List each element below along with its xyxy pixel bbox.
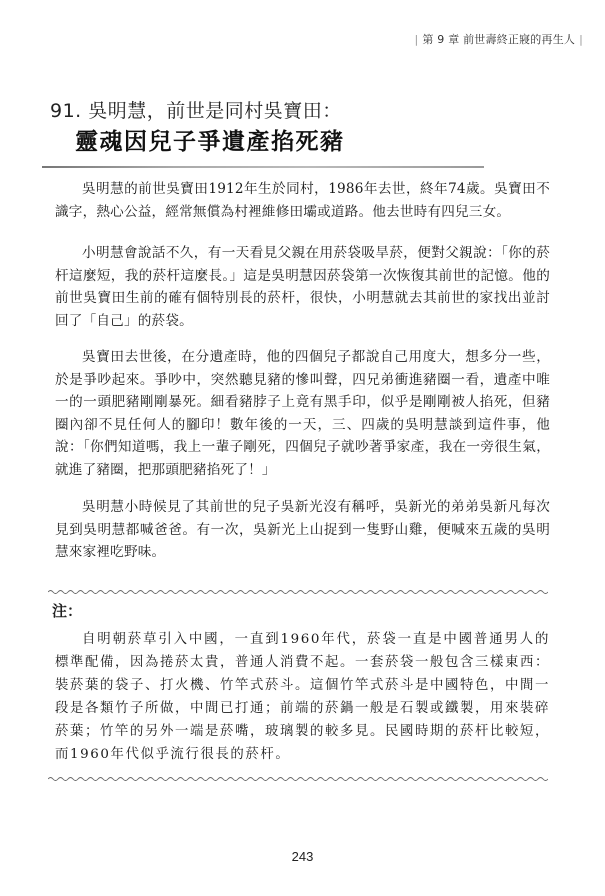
wavy-divider-bottom [48,776,548,782]
divider: | [415,33,419,46]
section-title: 91. 吳明慧，前世是同村吳寶田： 靈魂因兒子爭遺產掐死豬 [50,98,550,158]
paragraph: 吳明慧小時候見了其前世的兒子吳新光沒有稱呼，吳新光的弟弟吳新凡每次見到吳明慧都喊… [55,496,550,564]
section-title-line2: 靈魂因兒子爭遺產掐死豬 [75,126,550,158]
wavy-divider-top [48,589,548,595]
title-rule [42,166,484,168]
divider: | [579,33,583,46]
paragraph: 吳明慧的前世吳寶田1912年生於同村，1986年去世，終年74歲。吳寶田不識字，… [55,178,550,223]
paragraph: 吳寶田去世後，在分遺產時，他的四個兒子都說自己用度大，想多分一些，於是爭吵起來。… [55,346,550,481]
running-head: |第 9 章 前世壽終正寢的再生人| [411,31,588,47]
note-text: 自明朝菸草引入中國，一直到1960年代，菸袋一直是中國普通男人的標準配備，因為捲… [55,628,550,766]
paragraph: 小明慧會說話不久，有一天看見父親在用菸袋吸旱菸，便對父親說：「你的菸杆這麼短，我… [55,242,550,332]
chapter-title: 第 9 章 前世壽終正寢的再生人 [422,33,575,46]
page-number: 243 [0,849,605,864]
section-title-line1: 91. 吳明慧，前世是同村吳寶田： [50,98,550,124]
note-label: 注： [52,600,82,621]
